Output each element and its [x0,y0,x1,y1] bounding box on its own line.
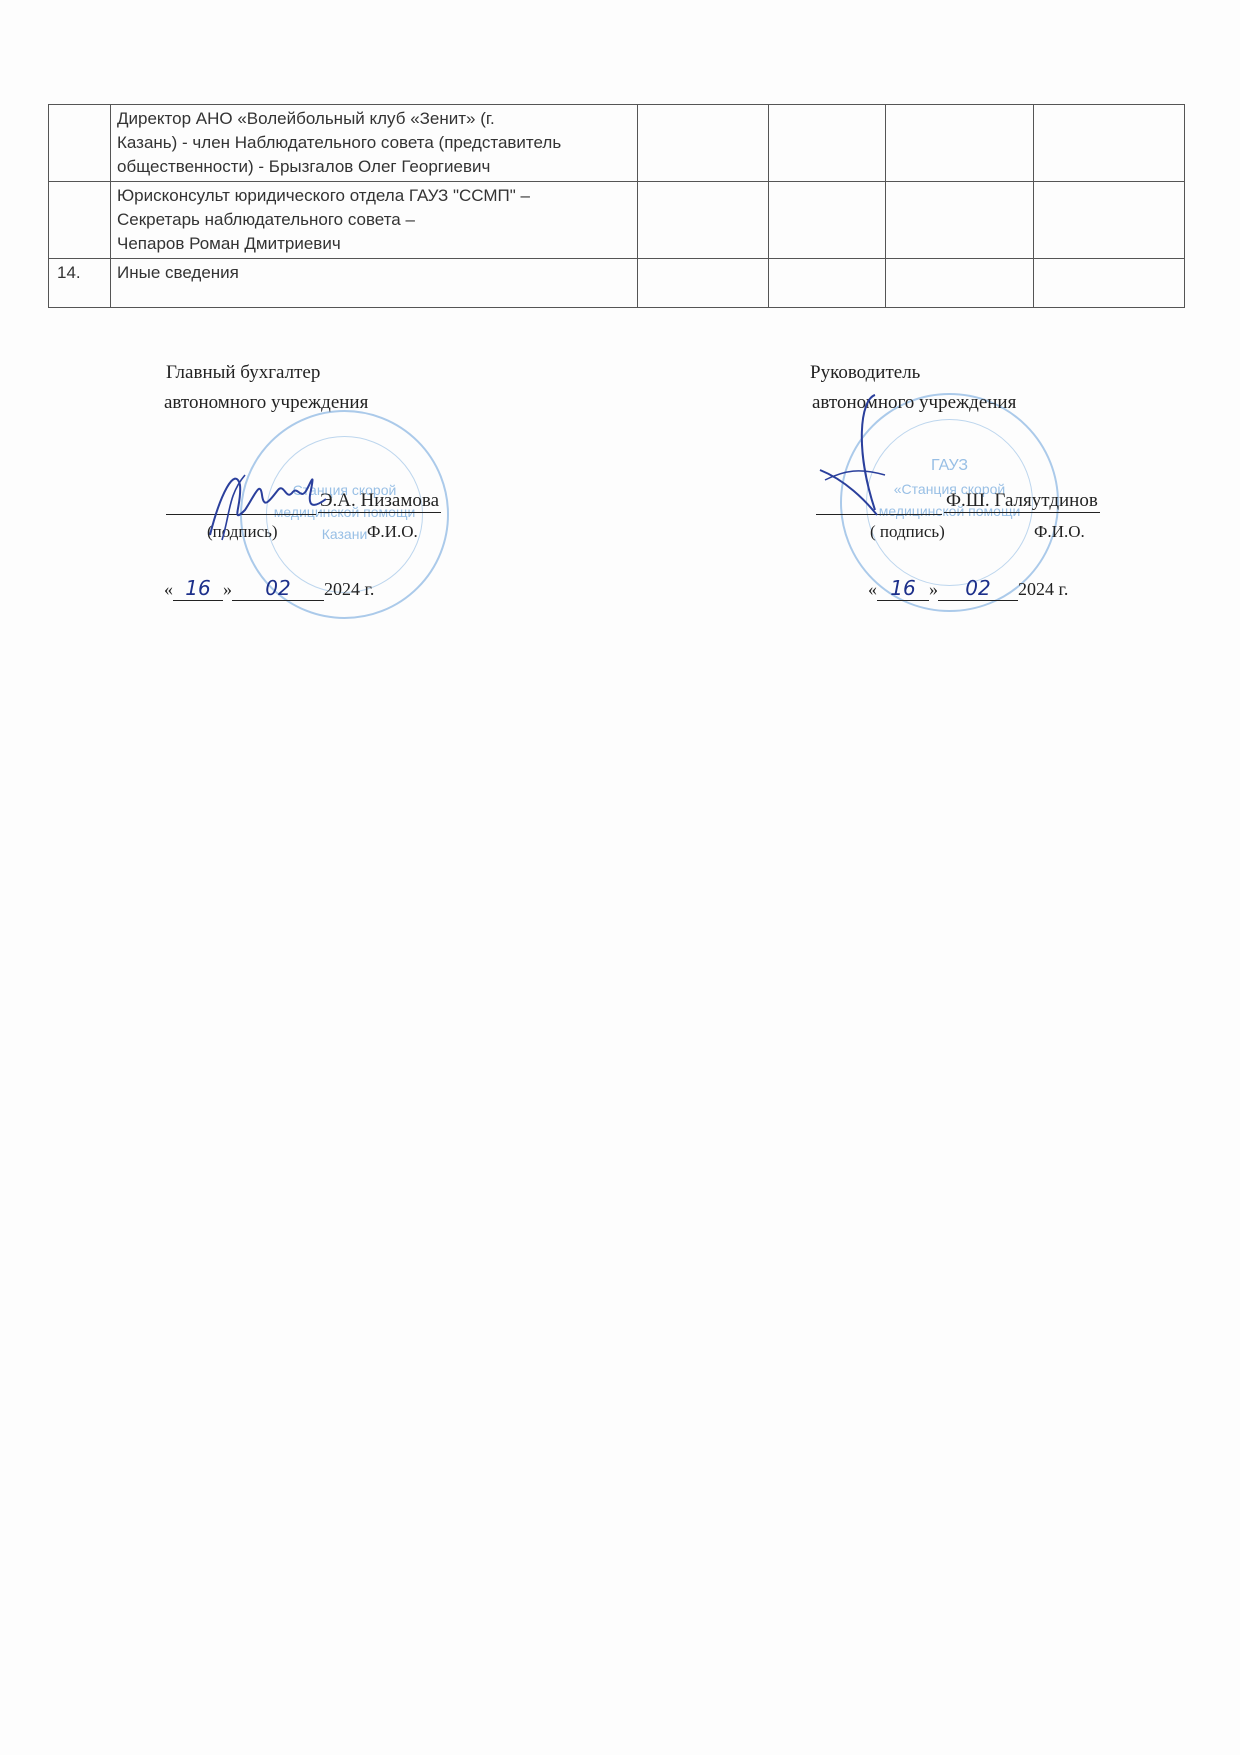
table-cell [638,105,769,182]
right-sign-label: ( подпись) [870,522,945,542]
row-description: Юрисконсульт юридического отдела ГАУЗ "С… [111,182,638,259]
document-page: Директор АНО «Волейбольный клуб «Зенит» … [0,0,1240,1755]
left-date: «16»022024 г. [164,576,374,601]
right-fio-label: Ф.И.О. [1034,522,1085,542]
left-signer-name: Э.А. Низамова [318,490,441,513]
table-cell [1034,105,1185,182]
row-number [49,105,111,182]
table-row: Юрисконсульт юридического отдела ГАУЗ "С… [49,182,1185,259]
right-date: «16»022024 г. [868,576,1068,601]
table-cell [638,259,769,308]
right-title: Руководитель автономного учреждения [810,360,1016,416]
left-title: Главный бухгалтер автономного учреждения [166,360,368,416]
right-signer-name: Ф.Ш. Галяутдинов [944,490,1100,513]
table-row: Директор АНО «Волейбольный клуб «Зенит» … [49,105,1185,182]
row-description: Директор АНО «Волейбольный клуб «Зенит» … [111,105,638,182]
table-cell [1034,182,1185,259]
info-table: Директор АНО «Волейбольный клуб «Зенит» … [48,104,1185,308]
table-cell [769,105,886,182]
table-row: 14. Иные сведения [49,259,1185,308]
row-number [49,182,111,259]
right-sign-line [816,488,942,515]
row-description: Иные сведения [111,259,638,308]
table-cell [886,259,1034,308]
table-cell [638,182,769,259]
table-cell [769,259,886,308]
table-cell [769,182,886,259]
table-cell [886,182,1034,259]
left-fio-label: Ф.И.О. [367,522,418,542]
table-cell [886,105,1034,182]
table-cell [1034,259,1185,308]
left-sign-label: (подпись) [207,522,278,542]
left-sign-line [166,488,316,515]
row-number: 14. [49,259,111,308]
